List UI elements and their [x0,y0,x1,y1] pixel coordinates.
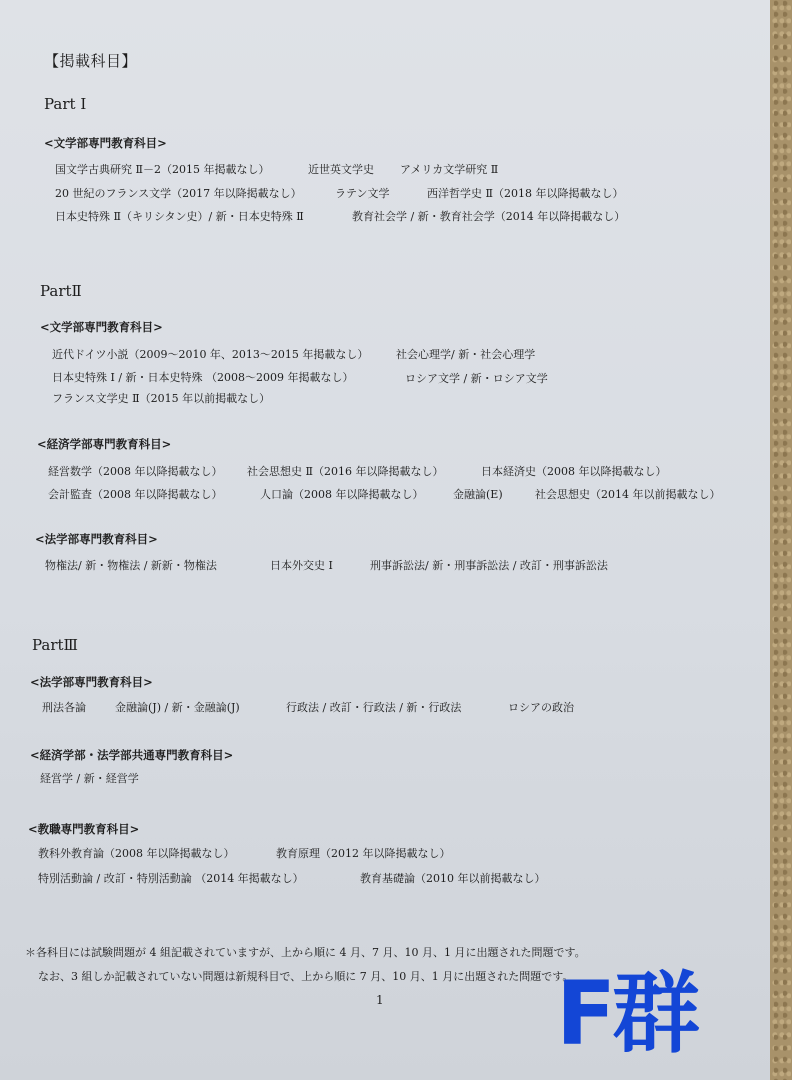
subject-item: アメリカ文学研究 Ⅱ [400,161,498,177]
group-badge: F群 [556,970,696,1058]
category-heading: <法学部専門教育科目> [30,674,153,690]
subject-item: 20 世紀のフランス文学（2017 年以降掲載なし） [55,185,302,201]
subject-item: 社会心理学/ 新・社会心理学 [396,346,535,362]
subject-item: フランス文学史 Ⅱ（2015 年以前掲載なし） [52,390,270,406]
subject-item: 特別活動論 / 改訂・特別活動論 （2014 年掲載なし） [38,870,304,886]
subject-item: 金融論(E) [453,486,503,502]
subject-item: ロシア文学 / 新・ロシア文学 [405,370,548,386]
subject-item: 金融論(J) / 新・金融論(J) [115,699,240,715]
subject-item: 人口論（2008 年以降掲載なし） [260,486,424,502]
subject-item: 物権法/ 新・物権法 / 新新・物権法 [45,557,217,573]
subject-item: 日本史特殊 Ⅱ（キリシタン史）/ 新・日本史特殊 Ⅱ [55,208,304,224]
footnote: ＊各科目には試験問題が 4 組記載されていますが、上から順に 4 月、7 月、1… [25,944,586,960]
category-heading: <経済学部・法学部共通専門教育科目> [30,747,233,763]
subject-item: 近世英文学史 [308,161,374,177]
subject-item: ラテン文学 [335,185,389,201]
subject-item: 社会思想史（2014 年以前掲載なし） [535,486,721,502]
footnote: なお、3 組しか記載されていない問題は新規科目で、上から順に 7 月、10 月、… [38,968,573,984]
subject-item: 教育原理（2012 年以降掲載なし） [276,845,451,861]
document-page: 【掲載科目】 Part Ⅰ <文学部専門教育科目> 国文学古典研究 Ⅱ－2（20… [0,0,770,1080]
subject-item: ロシアの政治 [508,699,574,715]
subject-item: 日本外交史 Ⅰ [270,557,333,573]
category-heading: <法学部専門教育科目> [35,531,158,547]
subject-item: 日本史特殊 Ⅰ / 新・日本史特殊 （2008～2009 年掲載なし） [52,369,354,385]
category-heading: <教職専門教育科目> [28,821,139,837]
part-heading: PartⅡ [40,282,82,300]
subject-item: 刑法各論 [42,699,86,715]
part-heading: PartⅢ [32,636,78,654]
part-heading: Part Ⅰ [44,95,86,113]
subject-item: 西洋哲学史 Ⅱ（2018 年以降掲載なし） [427,185,623,201]
subject-item: 刑事訴訟法/ 新・刑事訴訟法 / 改訂・刑事訴訟法 [370,557,608,573]
subject-item: 会計監査（2008 年以降掲載なし） [48,486,223,502]
subject-item: 日本経済史（2008 年以降掲載なし） [481,463,667,479]
subject-item: 経営学 / 新・経営学 [40,770,139,786]
document-title: 【掲載科目】 [44,50,137,71]
subject-item: 教科外教育論（2008 年以降掲載なし） [38,845,235,861]
subject-item: 教育基礎論（2010 年以前掲載なし） [360,870,546,886]
category-heading: <文学部専門教育科目> [40,319,163,335]
subject-item: 教育社会学 / 新・教育社会学（2014 年以降掲載なし） [352,208,625,224]
subject-item: 社会思想史 Ⅱ（2016 年以降掲載なし） [247,463,443,479]
page-number: 1 [376,993,384,1007]
subject-item: 国文学古典研究 Ⅱ－2（2015 年掲載なし） [55,161,269,177]
category-heading: <文学部専門教育科目> [44,135,167,151]
subject-row: 国文学古典研究 Ⅱ－2（2015 年掲載なし） [55,161,269,177]
subject-item: 近代ドイツ小説（2009～2010 年、2013～2015 年掲載なし） [52,346,368,362]
subject-item: 行政法 / 改訂・行政法 / 新・行政法 [286,699,461,715]
category-heading: <経済学部専門教育科目> [37,436,171,452]
subject-item: 経営数学（2008 年以降掲載なし） [48,463,223,479]
